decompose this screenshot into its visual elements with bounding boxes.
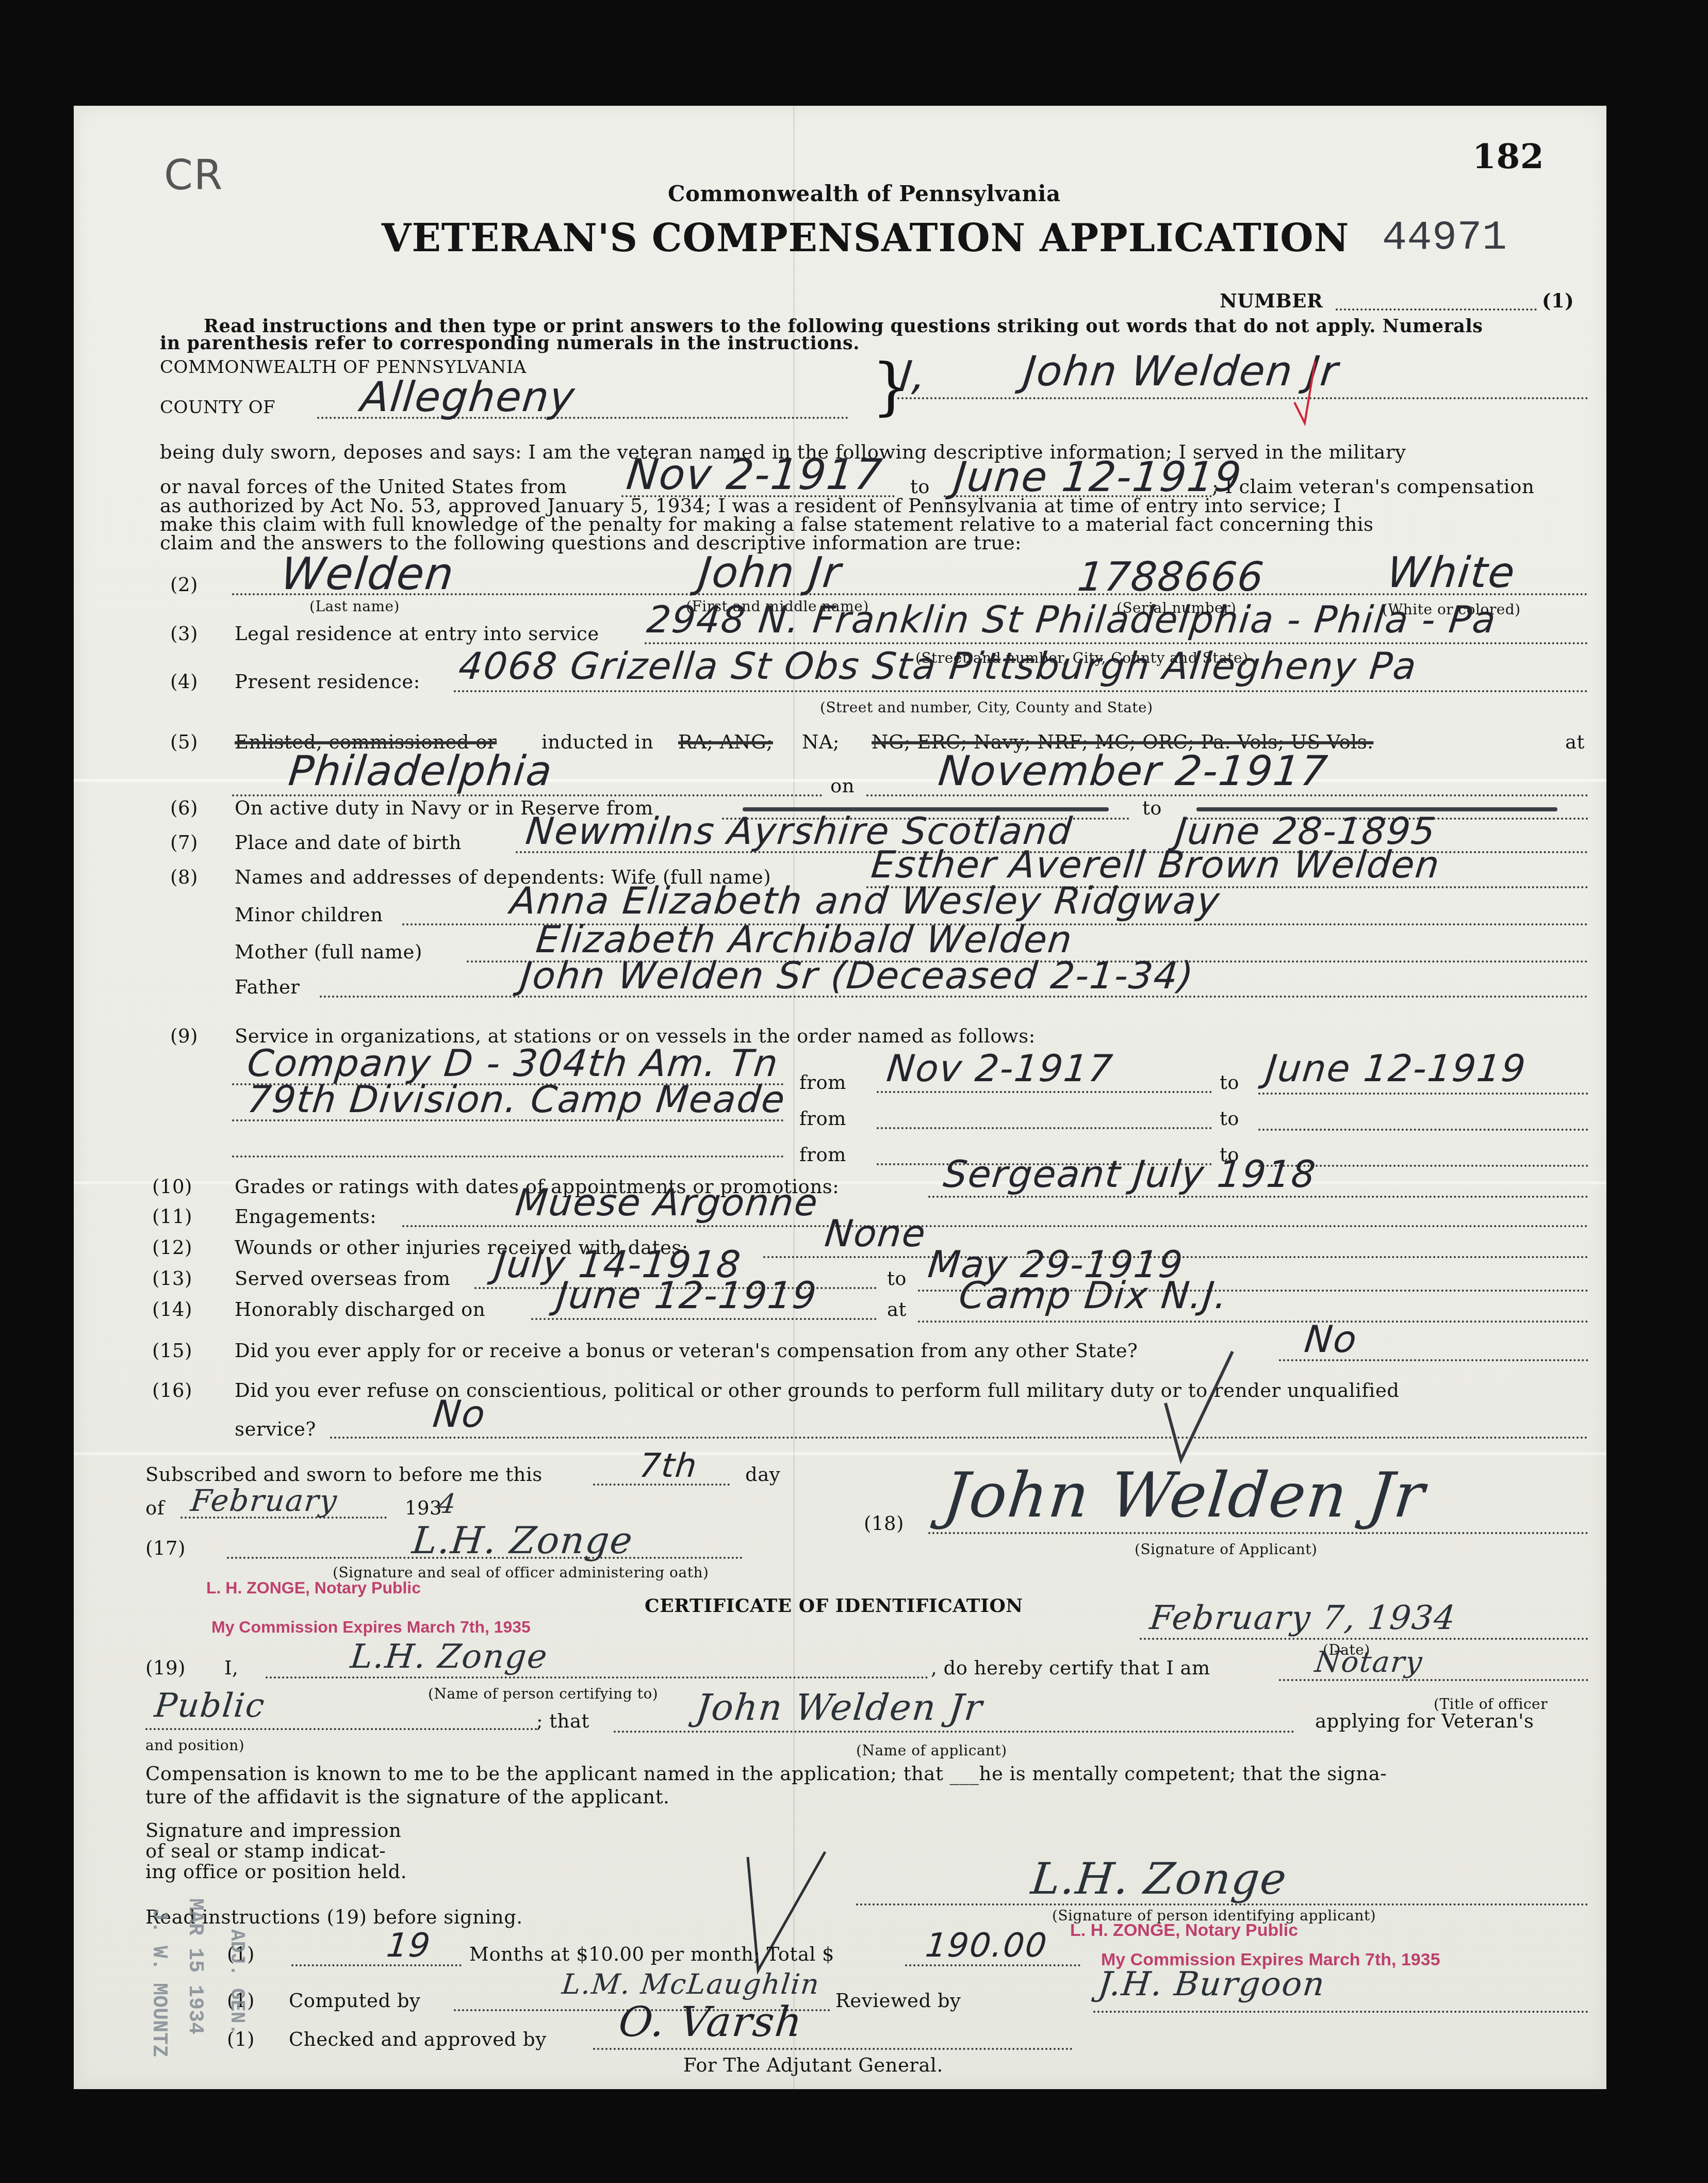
jurat-para-3: as authorized by Act No. 53, approved Ja…: [160, 496, 1341, 515]
received-name-stamp: J. W. MOUNTZ: [147, 1909, 170, 2057]
sworn-day-field[interactable]: 7th: [638, 1449, 699, 1483]
q15-number: (15): [152, 1341, 192, 1360]
org-to-field-1[interactable]: June 12-1919: [1264, 1050, 1528, 1087]
q4-line: [454, 690, 1588, 692]
that-label: ; that: [536, 1712, 589, 1731]
org-from-field-1[interactable]: Nov 2-1917: [885, 1050, 1115, 1087]
serial-number-field[interactable]: 1788666: [1076, 557, 1267, 597]
q3-label: Legal residence at entry into service: [235, 624, 599, 643]
q11-number: (11): [152, 1207, 192, 1226]
sworn-month-field[interactable]: February: [189, 1486, 339, 1516]
certificate-date-line: [1140, 1638, 1588, 1640]
adjutant-stamp: ADJ. GEN.: [225, 1929, 248, 2035]
children-field[interactable]: Anna Elizabeth and Wesley Ridgway: [508, 882, 1222, 919]
q11-line: [402, 1225, 1588, 1227]
from-label-3: from: [799, 1145, 846, 1164]
engagements-field[interactable]: Muese Argonne: [514, 1184, 820, 1221]
q3-number: (3): [170, 624, 198, 643]
jurat-para-2b: ; I claim veteran's compensation: [1212, 477, 1534, 496]
children-label: Minor children: [235, 905, 383, 924]
q2-number: (2): [170, 575, 198, 594]
discharge-date-field[interactable]: June 12-1919: [555, 1277, 819, 1314]
q6-to: to: [1142, 799, 1162, 818]
q4-caption: (Street and number, City, County and Sta…: [820, 700, 1153, 715]
officer-caption: (Signature and seal of officer administe…: [333, 1566, 709, 1580]
to-line-1: [1258, 1093, 1588, 1095]
applicant-name-line: [614, 1731, 1294, 1733]
certificate-para-2: ture of the affidavit is the signature o…: [145, 1787, 669, 1806]
q16-number: (16): [152, 1381, 192, 1400]
first-middle-name-field[interactable]: John Jr: [697, 552, 844, 594]
red-check-icon: [1289, 356, 1320, 428]
received-date-stamp: MAR 15 1934: [183, 1898, 206, 2034]
q16-label-2: service?: [235, 1420, 316, 1439]
race-field[interactable]: White: [1385, 552, 1518, 594]
position-caption: and position): [145, 1738, 244, 1753]
discharge-place-field[interactable]: Camp Dix N.J.: [957, 1277, 1230, 1314]
org-field-2[interactable]: 79th Division. Camp Meade: [245, 1081, 787, 1118]
total-field[interactable]: 190.00: [924, 1929, 1049, 1962]
q14-number: (14): [152, 1300, 192, 1319]
induction-place-field[interactable]: Philadelphia: [287, 751, 555, 792]
applicant-signature-caption: (Signature of Applicant): [1135, 1542, 1318, 1557]
title-caption: (Title of officer: [1434, 1697, 1548, 1712]
q5-struck-ra-ang: RA; ANG;: [678, 732, 773, 752]
to-label: to: [910, 477, 930, 496]
certificate-title: CERTIFICATE OF IDENTIFICATION: [645, 1596, 1023, 1615]
form-title: VETERAN'S COMPENSATION APPLICATION: [382, 219, 1349, 257]
page-number: 182: [1472, 139, 1544, 173]
fold-crease: [74, 1452, 1606, 1455]
officer-signature[interactable]: L.H. Zonge: [410, 1522, 635, 1559]
from-label-1: from: [799, 1073, 846, 1092]
seal-note-2: of seal or stamp indicat-: [145, 1842, 386, 1861]
induction-date-field[interactable]: November 2-1917: [937, 751, 1330, 792]
number-label: NUMBER: [1220, 291, 1323, 311]
of-label: of: [145, 1498, 165, 1518]
application-number: 44971: [1382, 218, 1507, 259]
from-line-1: [877, 1091, 1212, 1093]
declarant-line: [897, 397, 1588, 399]
q11-label: Engagements:: [235, 1207, 376, 1226]
applicant-signature-line: [928, 1532, 1588, 1534]
corner-note: CR: [164, 155, 223, 196]
grades-field[interactable]: Sergeant July 1918: [942, 1155, 1318, 1193]
q13-number: (13): [152, 1269, 192, 1288]
q4-number: (4): [170, 672, 198, 691]
certificate-para-1: Compensation is known to me to be the ap…: [145, 1764, 1387, 1783]
year-prefix: 193: [405, 1498, 442, 1518]
checkmark-icon: [1155, 1341, 1238, 1465]
q5-inducted-label: inducted in: [541, 732, 653, 752]
service-from-field[interactable]: Nov 2-1917: [625, 454, 885, 496]
q4-label: Present residence:: [235, 672, 420, 691]
wife-name-field[interactable]: Esther Averell Brown Welden: [869, 846, 1442, 883]
certifier-caption: (Name of person certifying to): [428, 1687, 658, 1701]
q14-at: at: [887, 1300, 907, 1319]
refusal-field[interactable]: No: [431, 1395, 487, 1432]
q5-number: (5): [170, 732, 198, 752]
q10-number: (10): [152, 1177, 192, 1196]
q13-label: Served overseas from: [235, 1269, 450, 1288]
q15-label: Did you ever apply for or receive a bonu…: [235, 1341, 1138, 1360]
applying-text: applying for Veteran's: [1315, 1712, 1534, 1731]
i-label: I,: [224, 1658, 238, 1677]
q14-date-line: [531, 1318, 877, 1320]
checked-by-field[interactable]: O. Varsh: [617, 2001, 805, 2043]
sworn-label: Subscribed and sworn to before me this: [145, 1465, 543, 1484]
seal-note-3: ing office or position held.: [145, 1862, 407, 1881]
applicant-signature[interactable]: John Welden Jr: [941, 1465, 1428, 1527]
checked-label: Checked and approved by: [289, 2030, 547, 2049]
position-line: [145, 1728, 537, 1730]
jurat-para-2a: or naval forces of the United States fro…: [160, 477, 567, 496]
day-label: day: [745, 1465, 780, 1484]
computed-label: Computed by: [289, 1991, 421, 2010]
q18-number: (18): [864, 1514, 904, 1533]
q13-to: to: [887, 1269, 907, 1288]
father-label: Father: [235, 978, 300, 997]
county-label: COUNTY OF: [160, 399, 275, 416]
legal-residence-field[interactable]: 2948 N. Franklin St Philadelphia - Phila…: [645, 601, 1498, 638]
q16-line: [330, 1437, 1588, 1439]
rate-text: Months at $10.00 per month; Total $: [469, 1945, 834, 1964]
instructions-continued: in parenthesis refer to corresponding nu…: [160, 334, 860, 352]
q5-at: at: [1565, 732, 1585, 752]
certifier-line: [266, 1676, 928, 1679]
to-line-2: [1258, 1129, 1588, 1131]
county-field[interactable]: Allegheny: [359, 377, 578, 418]
form-header: Commonwealth of Pennsylvania: [668, 183, 1061, 205]
months-field[interactable]: 19: [385, 1929, 433, 1962]
q8-number: (8): [170, 868, 198, 887]
q14-place-line: [918, 1321, 1588, 1323]
officer-title-field[interactable]: Notary: [1313, 1648, 1424, 1677]
q17-number: (17): [145, 1539, 186, 1558]
q14-label: Honorably discharged on: [235, 1300, 485, 1319]
wounds-field[interactable]: None: [823, 1215, 928, 1252]
applicant-name-caption: (Name of applicant): [856, 1744, 1007, 1758]
service-to-field[interactable]: June 12-1919: [952, 457, 1244, 498]
q7-number: (7): [170, 833, 198, 852]
q10-line: [928, 1196, 1588, 1198]
mother-field[interactable]: Elizabeth Archibald Welden: [534, 921, 1074, 958]
org-field-1[interactable]: Company D - 304th Am. Tn: [245, 1045, 780, 1082]
caption-last-name: (Last name): [309, 599, 400, 614]
certificate-date-field[interactable]: February 7, 1934: [1148, 1602, 1458, 1635]
from-line-2: [877, 1127, 1212, 1129]
father-field[interactable]: John Welden Sr (Deceased 2-1-34): [519, 957, 1196, 994]
adjutant-footer: For The Adjutant General.: [683, 2056, 943, 2075]
notary-stamp-name: L. H. ZONGE, Notary Public: [1070, 1921, 1298, 1939]
identifier-signature[interactable]: L.H. Zonge: [1029, 1857, 1290, 1900]
q12-number: (12): [152, 1238, 192, 1257]
applicant-name-field[interactable]: John Welden Jr: [694, 1689, 984, 1725]
reviewed-label: Reviewed by: [835, 1991, 961, 2010]
computed-by-field[interactable]: L.M. McLaughlin: [561, 1970, 821, 1998]
certifier-field[interactable]: L.H. Zonge: [349, 1640, 550, 1673]
q9-number: (9): [170, 1027, 198, 1046]
fold-crease-vertical: [793, 106, 795, 2089]
q5-na: NA;: [802, 732, 840, 752]
org-line-3: [232, 1155, 784, 1158]
q5-on: on: [830, 776, 855, 795]
q19-number: (19): [145, 1658, 186, 1677]
q7-label: Place and date of birth: [235, 833, 462, 852]
mother-label: Mother (full name): [235, 942, 422, 962]
q6-number: (6): [170, 799, 198, 818]
number-ref: (1): [1542, 291, 1574, 311]
notary-stamp-name: L. H. ZONGE, Notary Public: [206, 1579, 421, 1596]
to-label-1: to: [1220, 1073, 1239, 1092]
last-name-field[interactable]: Welden: [278, 552, 456, 596]
sworn-year-field[interactable]: 4: [437, 1491, 458, 1518]
reviewed-by-field[interactable]: J.H. Burgoon: [1097, 1968, 1327, 2001]
certify-text: , do hereby certify that I am: [931, 1658, 1210, 1677]
to-label-2: to: [1220, 1109, 1239, 1128]
number-line: [1336, 308, 1537, 311]
declarant-prefix: I,: [898, 356, 929, 396]
jurat-para-4: make this claim with full knowledge of t…: [160, 515, 1374, 534]
seal-note-1: Signature and impression: [145, 1821, 401, 1840]
officer-title-line: [1279, 1679, 1588, 1681]
notary-stamp-expiry: My Commission Expires March 7th, 1935: [211, 1619, 531, 1635]
other-state-bonus-field[interactable]: No: [1303, 1321, 1359, 1358]
checked-line: [593, 2048, 1073, 2050]
position-field[interactable]: Public: [153, 1689, 267, 1722]
reviewed-line: [1093, 2011, 1588, 2013]
present-residence-field[interactable]: 4068 Grizella St Obs Sta Pittsburgh Alle…: [457, 647, 1419, 685]
from-label-2: from: [799, 1109, 846, 1128]
months-line: [291, 1964, 462, 1966]
